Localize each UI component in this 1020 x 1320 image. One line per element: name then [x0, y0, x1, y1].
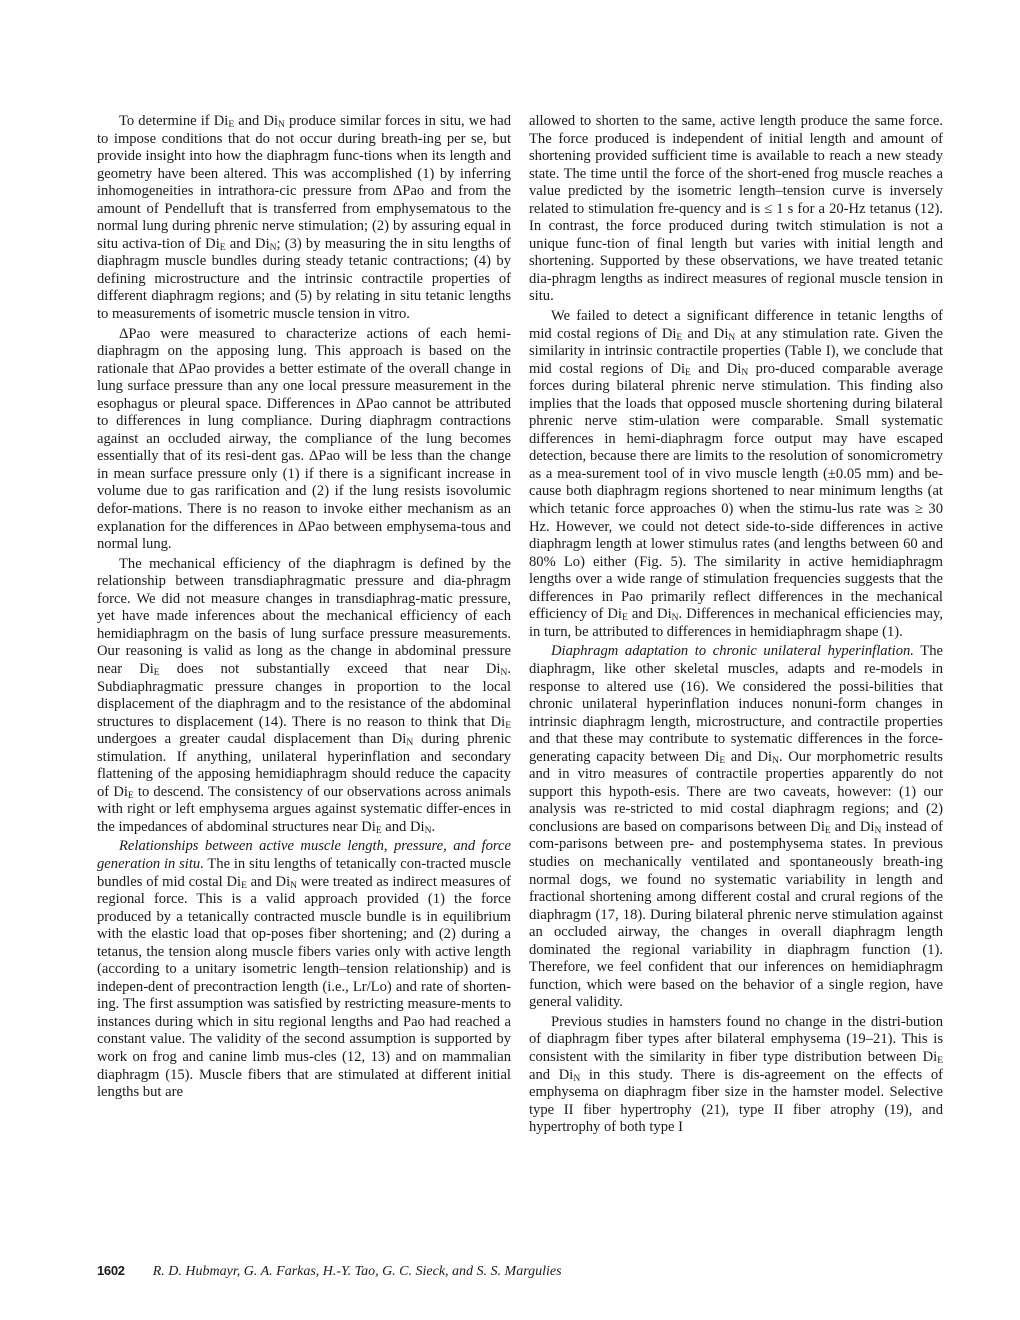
subscript: E [505, 721, 511, 731]
subscript: E [376, 826, 382, 836]
subscript: N [741, 368, 748, 378]
subscript: E [228, 120, 234, 130]
section-run-in-heading: Diaphragm adaptation to chronic unilater… [551, 643, 914, 659]
left-text-column: To determine if DiE and DiN produce simi… [97, 113, 511, 1102]
subscript: N [500, 668, 507, 678]
body-paragraph: allowed to shorten to the same, active l… [529, 113, 943, 306]
journal-page: To determine if DiE and DiN produce simi… [0, 0, 1020, 1320]
body-paragraph: ΔPao were measured to characterize actio… [97, 326, 511, 554]
body-paragraph: To determine if DiE and DiN produce simi… [97, 113, 511, 324]
subscript: E [128, 791, 134, 801]
subscript: E [825, 826, 831, 836]
subscript: E [622, 613, 628, 623]
subscript: N [278, 120, 285, 130]
body-paragraph: We failed to detect a significant differ… [529, 308, 943, 641]
page-number: 1602 [97, 1263, 125, 1278]
running-author-line: R. D. Hubmayr, G. A. Farkas, H.-Y. Tao, … [153, 1264, 562, 1280]
page-footer: 1602 R. D. Hubmayr, G. A. Farkas, H.-Y. … [97, 1263, 897, 1283]
subscript: E [220, 243, 226, 253]
body-paragraph: The mechanical efficiency of the diaphra… [97, 556, 511, 837]
subscript: N [672, 613, 679, 623]
subscript: N [270, 243, 277, 253]
subscript: N [728, 333, 735, 343]
subscript: N [772, 756, 779, 766]
body-paragraph: Diaphragm adaptation to chronic unilater… [529, 643, 943, 1011]
subscript: N [425, 826, 432, 836]
subscript: E [685, 368, 691, 378]
subscript: E [154, 668, 160, 678]
subscript: E [937, 1056, 943, 1066]
subscript: N [406, 738, 413, 748]
subscript: N [290, 881, 297, 891]
subscript: N [573, 1074, 580, 1084]
subscript: E [719, 756, 725, 766]
subscript: N [875, 826, 882, 836]
body-paragraph: Previous studies in hamsters found no ch… [529, 1014, 943, 1137]
subscript: E [241, 881, 247, 891]
subscript: E [676, 333, 682, 343]
body-paragraph: Relationships between active muscle leng… [97, 838, 511, 1101]
right-text-column: allowed to shorten to the same, active l… [529, 113, 943, 1137]
section-run-in-heading: Relationships between active muscle leng… [97, 838, 511, 872]
